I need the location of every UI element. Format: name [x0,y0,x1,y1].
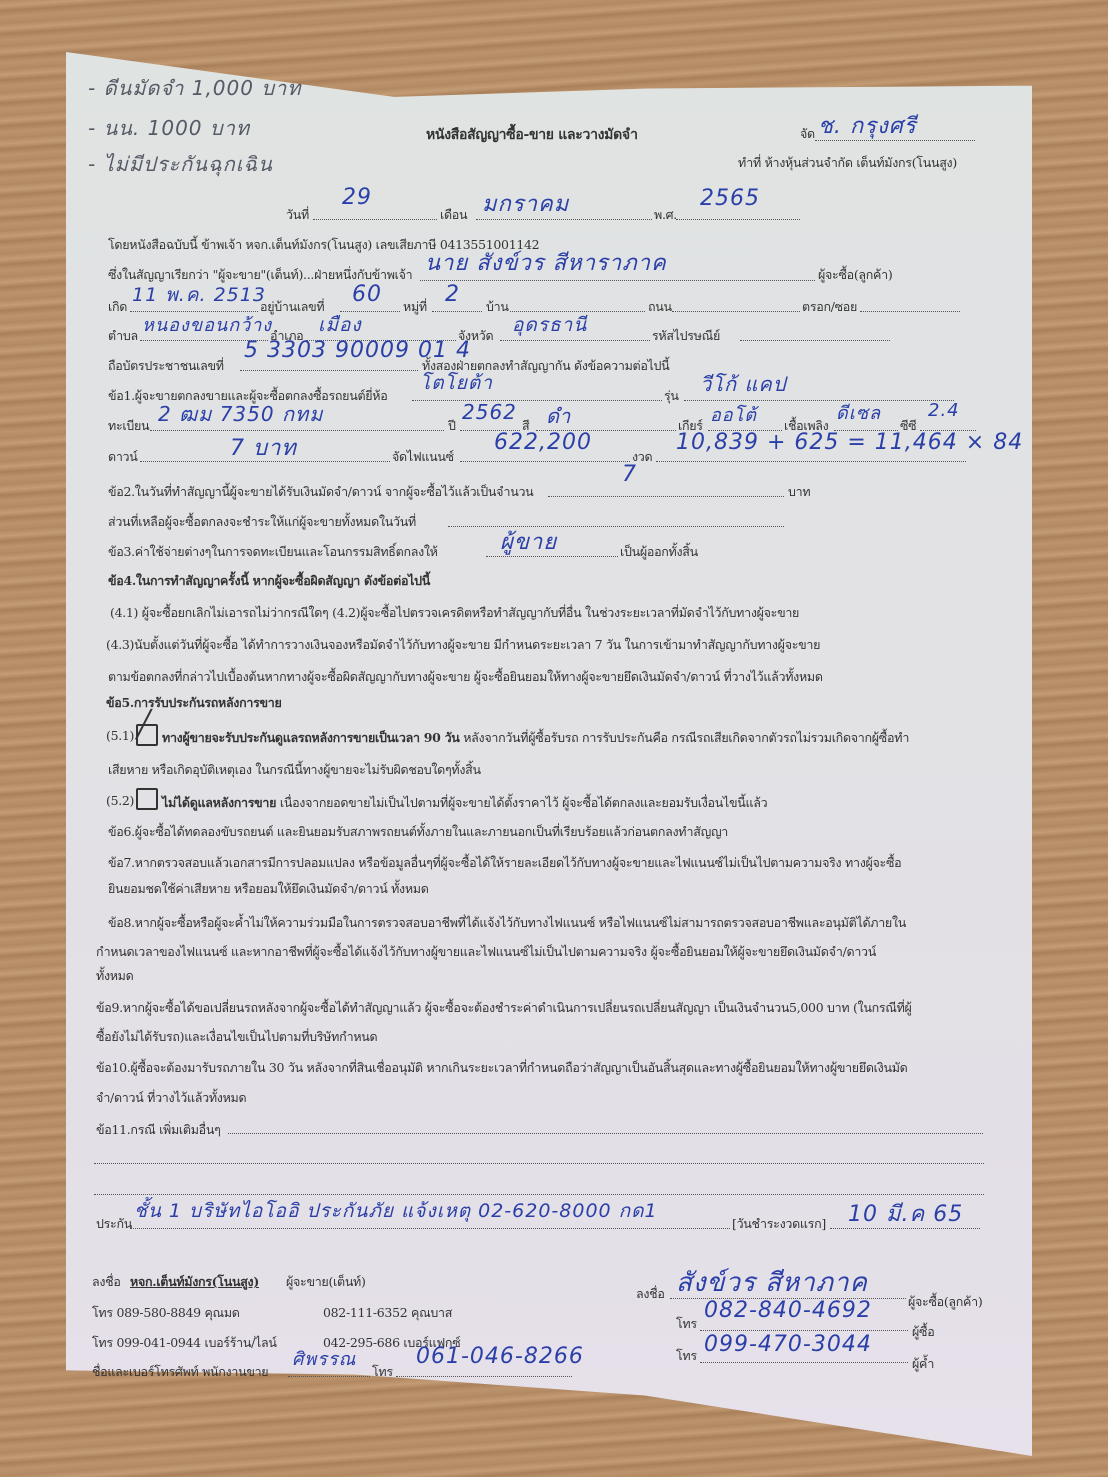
made-at-label: จัด [800,124,815,144]
cc-value: 2.4 [928,400,960,421]
color-value: ดำ [546,400,571,432]
clause5-opt1-text: ทางผู้ขายจะรับประกันดูแลรถหลังการขายเป็น… [162,728,909,748]
buyer-name-value: นาย สังข์วร สีหาราภาค [425,245,667,280]
clause9-line2: ซื้อยังไม่ได้รับรถ)และเงื่อนไขเป็นไปตามท… [96,1027,377,1047]
clause5-heading: ข้อ5.การรับประกันรถหลังการขาย [106,693,282,713]
seller-phone-2: 082-111-6352 คุณบาส [323,1303,452,1323]
clause5-opt1-bold: ทางผู้ขายจะรับประกันดูแลรถหลังการขายเป็น… [162,730,460,745]
seller-phone-1: โทร 089-580-8849 คุณมด [92,1303,240,1323]
clause7-line2: ยินยอมชดใช้ค่าเสียหาย หรือยอมให้ยึดเงินม… [108,879,429,899]
place-text: ทำที่ ห้างหุ้นส่วนจำกัด เต็นท์มังกร(โนนส… [738,153,957,173]
born-label: เกิด [108,297,127,317]
installment-value: 10,839 + 625 = 11,464 × 84 [676,430,1023,455]
clause9-line1: ข้อ9.หากผู้จะซื้อได้ขอเปลี่ยนรถหลังจากผู… [96,998,912,1018]
staff-tel-value: 061-046-8266 [416,1344,584,1369]
clause11-line3 [94,1194,984,1195]
moo-label: หมู่ที่ [403,297,427,317]
year-value: 2565 [700,186,760,211]
brand-line [412,400,662,401]
clause2-amount-value: 7 [622,462,637,487]
day-line [313,219,437,220]
model-label: รุ่น [664,386,679,406]
seller-sign-role: ผู้จะขาย(เต็นท์) [286,1272,366,1292]
insurance-line [130,1228,730,1229]
clause5-opt2-text: ไม่ได้ดูแลหลังการขาย เนื่องจากยอดขายไม่เ… [162,793,767,813]
clause11-line2 [94,1163,984,1164]
clause8-line2: กำหนดเวลาของไฟแนนซ์ และหากอาชีพที่ผู้จะซ… [96,942,876,962]
month-label: เดือน [440,205,467,225]
clause8-line3: ทั้งหมด [96,966,133,986]
province-line [500,340,650,341]
guarantor-tel-role: ผู้ค้ำ [912,1354,934,1374]
seller-sign-label: ลงชื่อ [92,1272,121,1292]
down-value: 7 บาท [230,430,297,465]
clause11-line1 [228,1133,983,1134]
born-value: 11 พ.ค. 2513 [132,280,266,310]
staff-name-line [288,1376,370,1377]
alley-line [860,311,960,312]
subdistrict-label: ตำบล [108,326,138,346]
buyer-name-line [420,280,815,281]
plate-value: 2 ฒม 7350 กทม [158,398,323,430]
road-line [672,311,800,312]
clause4-heading: ข้อ4.ในการทำสัญญาครั้งนี้ หากผู้จะซื้อผิ… [108,571,430,591]
insurance-label: ประกัน [96,1214,132,1234]
note-nn: - นน. 1000 บาท [88,112,250,144]
first-payment-value: 10 มี.ค 65 [848,1196,963,1231]
house-no-value: 60 [352,282,382,307]
no-after-sale-care-checkbox[interactable] [136,788,158,810]
clause2-remainder-line [448,526,784,527]
clause4-line2: (4.3)นับตั้งแต่วันที่ผู้จะซื้อ ได้ทำการว… [106,635,820,655]
staff-label: ชื่อและเบอร์โทรศัพท์ พนักงานขาย [92,1362,268,1382]
buyer-sign-role: ผู้จะซื้อ(ลูกค้า) [908,1292,982,1312]
buyer-tel-label: โทร [676,1314,697,1334]
made-at-value: ช. กรุงศรี [818,108,917,143]
brand-value: โตโยต้า [420,368,493,398]
staff-name-value: ศิพรรณ [292,1344,356,1373]
clause10-line2: จำ/ดาวน์ ที่วางไว้แล้วทั้งหมด [96,1088,246,1108]
buyer-signature: สังข์วร สีหาภาค [676,1262,868,1303]
checkmark-icon: ╱ [136,710,152,740]
subdistrict-value: หนองขอนกว้าง [142,310,272,339]
id-label: ถือบัตรประชาชนเลขที่ [108,356,224,376]
plate-label: ทะเบียน [108,416,149,436]
clause5-opt1-num: (5.1) [106,728,134,743]
gear-value: ออโต้ [710,400,757,429]
installment-line [656,461,966,462]
clause3-suffix: เป็นผู้ออกทั้งสิ้น [620,542,698,562]
clause3-payer-value: ผู้ขาย [500,524,557,559]
buyer-tel-line [700,1330,908,1331]
id-line [240,370,418,371]
district-value: เมือง [318,310,362,340]
insurance-value: ชั้น 1 บริษัทไอโออิ ประกันภัย แจ้งเหตุ 0… [134,1196,658,1226]
guarantor-tel-line [700,1362,908,1363]
down-label: ดาวน์ [108,447,138,467]
clause2-remainder: ส่วนที่เหลือผู้จะซื้อตกลงจะชำระให้แก่ผู้… [108,512,416,532]
moo-value: 2 [445,282,460,307]
year-label: พ.ศ. [654,205,677,225]
province-value: อุดรธานี [512,310,587,340]
clause5-opt2-rest: เนื่องจากยอดขายไม่เป็นไปตามที่ผู้จะขายได… [276,795,767,810]
clause2-amount-line [548,496,784,497]
postcode-label: รหัสไปรษณีย์ [652,326,720,346]
finance-value: 622,200 [494,430,592,455]
month-value: มกราคม [482,186,569,221]
clause5-opt1-rest: หลังจากวันที่ผู้ซื้อรับรถ การรับประกันคื… [460,730,910,745]
fuel-value: ดีเซล [836,398,881,427]
note-no-emergency-insurance: - ไม่มีประกันฉุกเฉิน [88,148,273,180]
year-car-value: 2562 [462,400,517,424]
buyer-label: ผู้จะซื้อ(ลูกค้า) [818,265,892,285]
staff-tel-label: โทร [372,1362,393,1382]
note-deposit: - ดีนมัดจำ 1,000 บาท [88,72,301,104]
clause11-label: ข้อ11.กรณี เพิ่มเติมอื่นๆ [96,1120,221,1140]
staff-tel-line [396,1376,572,1377]
clause6: ข้อ6.ผู้จะซื้อได้ทดลองขับรถยนต์ และยินยอ… [108,822,728,842]
clause2-unit: บาท [788,482,810,502]
guarantor-tel-value: 099-470-3044 [704,1332,872,1357]
village-label: บ้าน [486,297,509,317]
buyer-tel-role: ผู้ซื้อ [912,1322,934,1342]
clause8-line1: ข้อ8.หากผู้จะซื้อหรือผู้จะค้ำไม่ให้ความร… [108,913,906,933]
buyer-tel-value: 082-840-4692 [704,1298,872,1323]
clause4-line3: ตามข้อตกลงที่กล่าวไปเบื้องต้นหากทางผู้จะ… [108,667,823,687]
first-payment-label: [วันชำระงวดแรก] [732,1214,826,1234]
model-value: วีโก้ แคป [700,368,786,400]
plate-line [150,430,444,431]
finance-label: จัดไฟแนนซ์ [392,447,454,467]
clause5-opt1-line2: เสียหาย หรือเกิดอุบัติเหตุเอง ในกรณีนี้ท… [108,760,481,780]
year-car-label: ปี [448,416,456,436]
finance-line [460,461,630,462]
day-value: 29 [342,185,372,210]
moo-line [432,311,482,312]
clause4-line1: (4.1) ผู้จะซื้อยกเลิกไม่เอารถไม่ว่ากรณีใ… [110,603,799,623]
clause2-text: ข้อ2.ในวันที่ทำสัญญานี้ผู้จะขายได้รับเงิ… [108,482,533,502]
guarantor-tel-label: โทร [676,1346,697,1366]
year-line [676,219,800,220]
buyer-sign-label: ลงชื่อ [636,1284,665,1304]
document-title: หนังสือสัญญาซื้อ-ขาย และวางมัดจำ [426,124,638,146]
clause3-text: ข้อ3.ค่าใช้จ่ายต่างๆในการจดทะเบียนและโอน… [108,542,438,562]
clause5-opt2-bold: ไม่ได้ดูแลหลังการขาย [162,795,276,810]
alley-label: ตรอก/ซอย [802,297,857,317]
road-label: ถนน [648,297,672,317]
seller-sign-name: หจก.เต็นท์มังกร(โนนสูง) [130,1272,259,1292]
seller-phone-3: โทร 099-041-0944 เบอร์ร้าน/ไลน์ [92,1333,277,1353]
day-label: วันที่ [286,205,309,225]
clause5-opt2-num: (5.2) [106,793,134,808]
clause10-line1: ข้อ10.ผู้ซื้อจะต้องมารับรถภายใน 30 วัน ห… [96,1058,907,1078]
clause7-line1: ข้อ7.หากตรวจสอบแล้วเอกสารมีการปลอมแปลง ห… [108,853,901,873]
postcode-line [740,340,890,341]
